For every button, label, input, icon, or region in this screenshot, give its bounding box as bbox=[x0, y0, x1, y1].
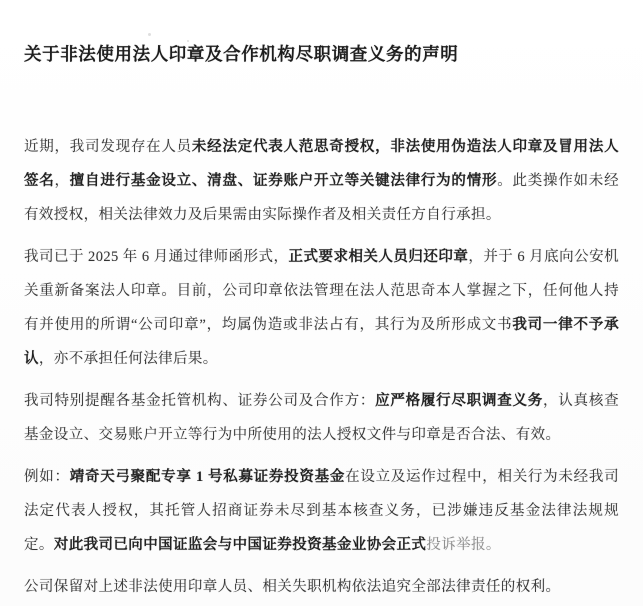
text-segment: ， bbox=[55, 173, 70, 189]
scan-speck bbox=[187, 40, 189, 42]
paragraph: 例如：靖奇天弓聚配专享 1 号私募证券投资基金在设立及运作过程中，相关行为未经我… bbox=[24, 460, 619, 562]
scan-speck bbox=[148, 33, 151, 36]
document-title: 关于非法使用法人印章及合作机构尽职调查义务的声明 bbox=[24, 42, 619, 66]
text-segment: ，亦不承担任何法律后果。 bbox=[39, 351, 218, 367]
paragraph: 公司保留对上述非法使用印章人员、相关失职机构依法追究全部法律责任的权利。 bbox=[24, 570, 619, 604]
text-segment: 我司特别提醒各基金托管机构、证券公司及合作方： bbox=[24, 393, 375, 409]
text-segment: 近期，我司发现存在人员 bbox=[24, 139, 192, 155]
text-segment: 正式要求相关人员归还印章 bbox=[289, 249, 469, 265]
text-segment: 擅自进行基金设立、清盘、证券账户开立等关键法律行为的情形 bbox=[70, 173, 497, 189]
text-segment: 对此我司已向中国证监会与中国证券投资基金业协会正式 bbox=[54, 537, 427, 553]
paragraph: 近期，我司发现存在人员未经法定代表人范思奇授权，非法使用伪造法人印章及冒用法人签… bbox=[24, 130, 619, 232]
text-segment: 例如： bbox=[24, 469, 70, 485]
paragraph-list: 近期，我司发现存在人员未经法定代表人范思奇授权，非法使用伪造法人印章及冒用法人签… bbox=[24, 130, 619, 604]
paragraph: 我司已于 2025 年 6 月通过律师函形式，正式要求相关人员归还印章，并于 6… bbox=[24, 240, 619, 376]
text-segment: 我司已于 2025 年 6 月通过律师函形式， bbox=[24, 249, 289, 265]
text-segment: 靖奇天弓聚配专享 1 号私募证券投资基金 bbox=[70, 469, 345, 485]
text-segment: 投诉举报。 bbox=[426, 537, 501, 553]
text-segment: 应严格履行尽职调查义务 bbox=[375, 393, 543, 409]
document-page: 关于非法使用法人印章及合作机构尽职调查义务的声明 近期，我司发现存在人员未经法定… bbox=[0, 0, 643, 606]
text-segment: 公司保留对上述非法使用印章人员、相关失职机构依法追究全部法律责任的权利。 bbox=[24, 579, 560, 595]
paragraph: 我司特别提醒各基金托管机构、证券公司及合作方：应严格履行尽职调查义务，认真核查基… bbox=[24, 384, 619, 452]
